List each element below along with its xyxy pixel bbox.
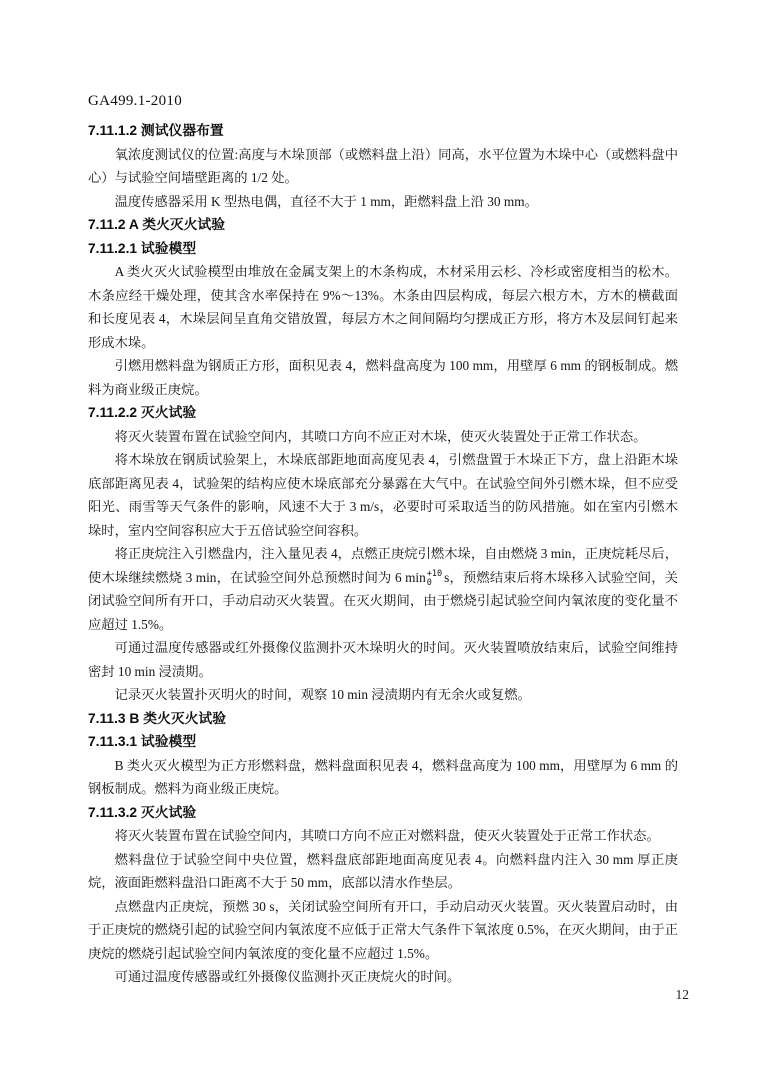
section-heading-class-b-fire-test: 7.11.3 B 类火灭火试验 (88, 707, 678, 731)
paragraph-device-placement-b: 将灭火装置布置在试验空间内，其喷口方向不应正对燃料盘，使灭火装置处于正常工作状态… (88, 824, 678, 848)
section-heading-extinguishing-test-b: 7.11.3.2 灭火试验 (88, 801, 678, 825)
tolerance-notation: +100 (427, 570, 442, 588)
page-number: 12 (676, 987, 690, 1003)
paragraph-wood-crib-model: A 类火灭火试验模型由堆放在金属支架上的木条构成，木材采用云杉、冷杉或密度相当的… (88, 260, 678, 354)
paragraph-monitoring-soak-period: 可通过温度传感器或红外摄像仪监测扑灭木垛明火的时间。灭火装置喷放结束后，试验空间… (88, 636, 678, 683)
paragraph-ignite-heptane-procedure: 点燃盘内正庚烷，预燃 30 s，关闭试验空间所有开口，手动启动灭火装置。灭火装置… (88, 895, 678, 966)
document-body: 7.11.1.2 测试仪器布置 氧浓度测试仪的位置:高度与木垛顶部（或燃料盘上沿… (88, 119, 678, 989)
section-heading-test-model-b: 7.11.3.1 试验模型 (88, 730, 678, 754)
section-heading-test-instrument-layout: 7.11.1.2 测试仪器布置 (88, 119, 678, 143)
paragraph-crib-on-test-rack: 将木垛放在钢质试验架上，木垛底部距地面高度见表 4，引燃盘置于木垛正下方，盘上沿… (88, 448, 678, 542)
paragraph-oxygen-analyzer-position: 氧浓度测试仪的位置:高度与木垛顶部（或燃料盘上沿）同高，水平位置为木垛中心（或燃… (88, 143, 678, 190)
paragraph-class-b-fuel-pan-model: B 类火灭火模型为正方形燃料盘，燃料盘面积见表 4，燃料盘高度为 100 mm，… (88, 754, 678, 801)
doc-code: GA499.1-2010 (88, 93, 182, 110)
tolerance-subscript: 0 (427, 579, 442, 588)
paragraph-fuel-pan-position-filling: 燃料盘位于试验空间中央位置，燃料盘底部距地面高度见表 4。向燃料盘内注入 30 … (88, 848, 678, 895)
section-heading-test-model-a: 7.11.2.1 试验模型 (88, 237, 678, 261)
paragraph-record-extinguish-time: 记录灭火装置扑灭明火的时间，观察 10 min 浸渍期内有无余火或复燃。 (88, 683, 678, 707)
section-heading-extinguishing-test-a: 7.11.2.2 灭火试验 (88, 401, 678, 425)
paragraph-temperature-sensor: 温度传感器采用 K 型热电偶，直径不大于 1 mm，距燃料盘上沿 30 mm。 (88, 190, 678, 214)
document-page: GA499.1-2010 7.11.1.2 测试仪器布置 氧浓度测试仪的位置:高… (0, 0, 763, 1076)
paragraph-device-placement-a: 将灭火装置布置在试验空间内，其喷口方向不应正对木垛，使灭火装置处于正常工作状态。 (88, 425, 678, 449)
paragraph-ignition-fuel-pan: 引燃用燃料盘为钢质正方形，面积见表 4，燃料盘高度为 100 mm，用壁厚 6 … (88, 354, 678, 401)
paragraph-monitoring-heptane-fire: 可通过温度传感器或红外摄像仪监测扑灭正庚烷火的时间。 (88, 965, 678, 989)
paragraph-preburn-procedure: 将正庚烷注入引燃盘内，注入量见表 4，点燃正庚烷引燃木垛，自由燃烧 3 min，… (88, 542, 678, 636)
section-heading-class-a-fire-test: 7.11.2 A 类火灭火试验 (88, 213, 678, 237)
